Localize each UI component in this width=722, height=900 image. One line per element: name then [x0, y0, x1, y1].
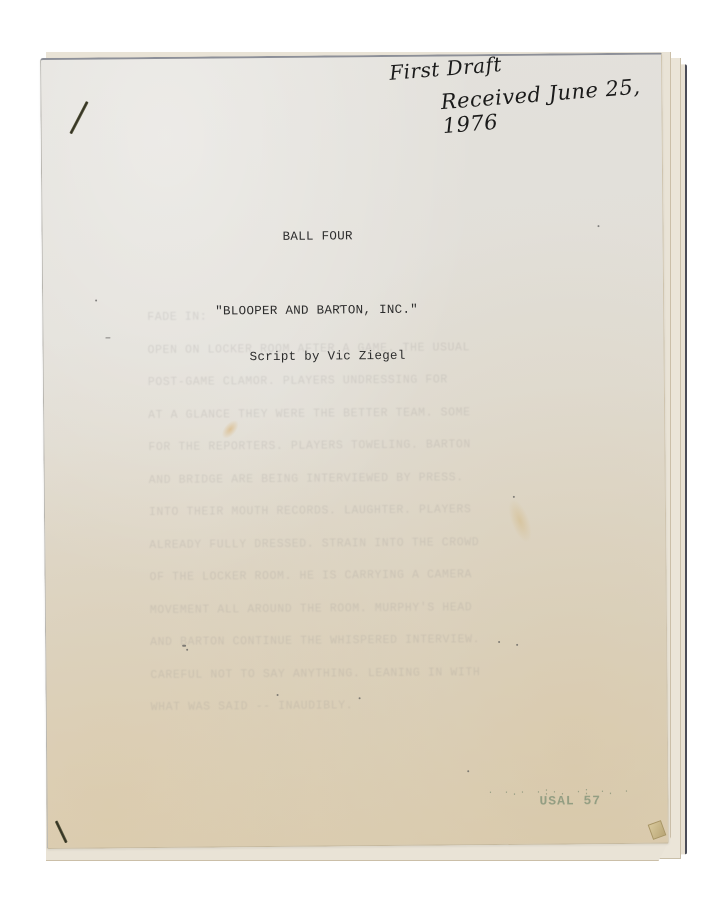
episode-title: "BLOOPER AND BARTON, INC.": [215, 303, 418, 319]
speck: [182, 645, 186, 647]
speck: [95, 300, 97, 302]
bleed-line: FOR THE REPORTERS. PLAYERS TOWELING. BAR…: [148, 438, 478, 452]
speck: [467, 770, 469, 772]
script-title: BALL FOUR: [283, 229, 353, 244]
speck: [105, 337, 110, 338]
bleed-line: POST-GAME CLAMOR. PLAYERS UNDRESSING FOR: [148, 373, 478, 387]
bleed-line: INTO THEIR MOUTH RECORDS. LAUGHTER. PLAY…: [149, 503, 479, 517]
speck: [186, 649, 188, 651]
paper-stain: [504, 496, 537, 545]
script-document-photo: FADE IN: OPEN ON LOCKER ROOM AFTER A GAM…: [0, 0, 722, 900]
staple: [55, 820, 68, 843]
bleed-line: AND BARTON CONTINUE THE WHISPERED INTERV…: [150, 633, 480, 647]
stamp-text: USAL 57: [539, 793, 601, 809]
staple: [69, 101, 88, 134]
bleed-line: MOVEMENT ALL AROUND THE ROOM. MURPHY'S H…: [150, 601, 480, 615]
speck: [498, 641, 500, 643]
bleed-line: ALREADY FULLY DRESSED. STRAIN INTO THE C…: [149, 536, 479, 550]
cover-page: FADE IN: OPEN ON LOCKER ROOM AFTER A GAM…: [40, 53, 669, 849]
handwritten-note-first-draft: First Draft: [388, 52, 502, 85]
bleed-through-text: FADE IN: OPEN ON LOCKER ROOM AFTER A GAM…: [147, 308, 481, 733]
speck: [339, 305, 341, 307]
bleed-line: AND BRIDGE ARE BEING INTERVIEWED BY PRES…: [149, 471, 479, 485]
speck: [516, 644, 518, 646]
bleed-line: CAREFUL NOT TO SAY ANYTHING. LEANING IN …: [150, 666, 480, 680]
speck: [359, 697, 361, 699]
handwritten-note-received-date: Received June 25, 1976: [440, 73, 663, 138]
bleed-line: OF THE LOCKER ROOM. HE IS CARRYING A CAM…: [149, 568, 479, 582]
script-credit: Script by Vic Ziegel: [250, 349, 406, 364]
bleed-line: WHAT WAS SAID -- INAUDIBLY.: [151, 698, 481, 712]
speck: [277, 694, 279, 696]
bleed-line: AT A GLANCE THEY WERE THE BETTER TEAM. S…: [148, 406, 478, 420]
speck: [597, 225, 599, 227]
speck: [513, 496, 515, 498]
